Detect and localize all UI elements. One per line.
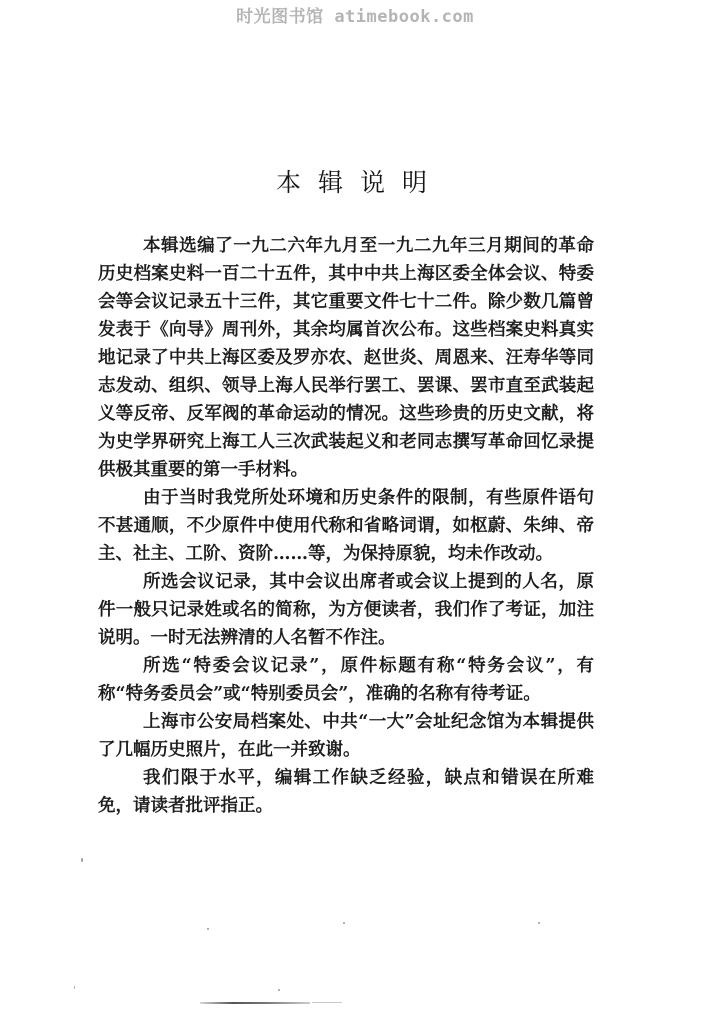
paragraph-3: 所选会议记录，其中会议出席者或会议上提到的人名，原件一般只记录姓或名的简称，为方…	[98, 568, 594, 652]
paragraph-5: 上海市公安局档案处、中共“一大”会址纪念馆为本辑提供了几幅历史照片，在此一并致谢…	[98, 708, 594, 764]
page-title: 本辑说明	[0, 163, 710, 199]
scan-speck	[74, 986, 75, 989]
scan-speck	[81, 858, 83, 862]
scan-speck	[490, 710, 492, 713]
bottom-rule	[200, 1002, 310, 1004]
paragraph-4: 所选“特委会议记录”，原件标题有称“特务会议”，有称“特务委员会”或“特别委员会…	[98, 652, 594, 708]
scan-speck	[278, 989, 280, 991]
scan-speck	[207, 928, 209, 930]
document-body: 本辑选编了一九二六年九月至一九二九年三月期间的革命历史档案史料一百二十五件，其中…	[98, 232, 594, 820]
bottom-rule-fragment	[312, 1002, 342, 1003]
paragraph-1: 本辑选编了一九二六年九月至一九二九年三月期间的革命历史档案史料一百二十五件，其中…	[98, 232, 594, 484]
watermark: 时光图书馆 atimebook.com	[0, 2, 710, 27]
paragraph-2: 由于当时我党所处环境和历史条件的限制，有些原件语句不甚通顺，不少原件中使用代称和…	[98, 484, 594, 568]
scan-speck	[538, 922, 540, 924]
paragraph-6: 我们限于水平，编辑工作缺乏经验，缺点和错误在所难免，请读者批评指正。	[98, 764, 594, 820]
scan-speck	[343, 922, 345, 924]
